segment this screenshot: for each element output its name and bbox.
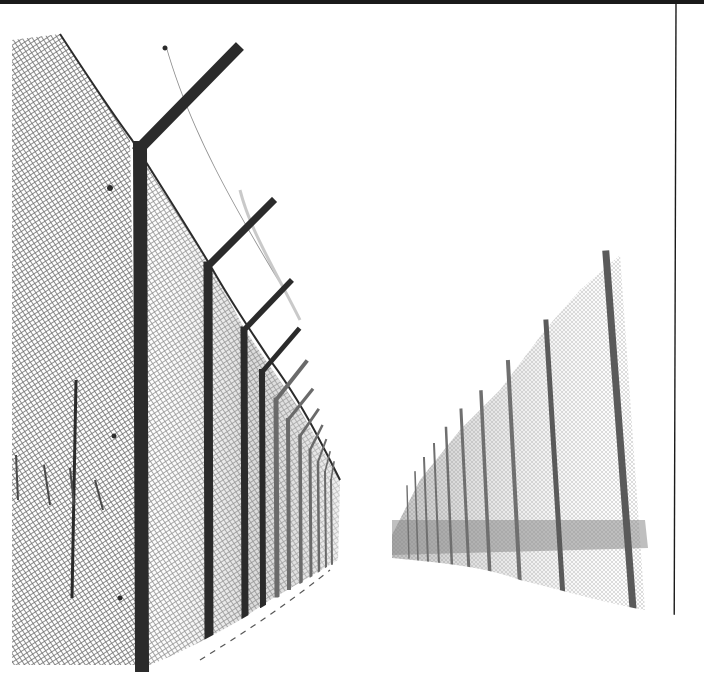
left-post <box>288 420 289 588</box>
left-post <box>244 330 245 620</box>
left-post <box>208 266 209 650</box>
left-post <box>318 462 319 572</box>
left-post <box>310 450 311 576</box>
left-post <box>276 400 277 595</box>
left-post <box>262 372 263 605</box>
left-post <box>325 472 326 568</box>
left-mesh-near <box>12 34 140 665</box>
left-post <box>300 436 301 582</box>
fence-photograph <box>0 0 704 688</box>
left-post <box>140 148 142 665</box>
top-border <box>0 0 704 4</box>
left-post <box>331 480 332 565</box>
